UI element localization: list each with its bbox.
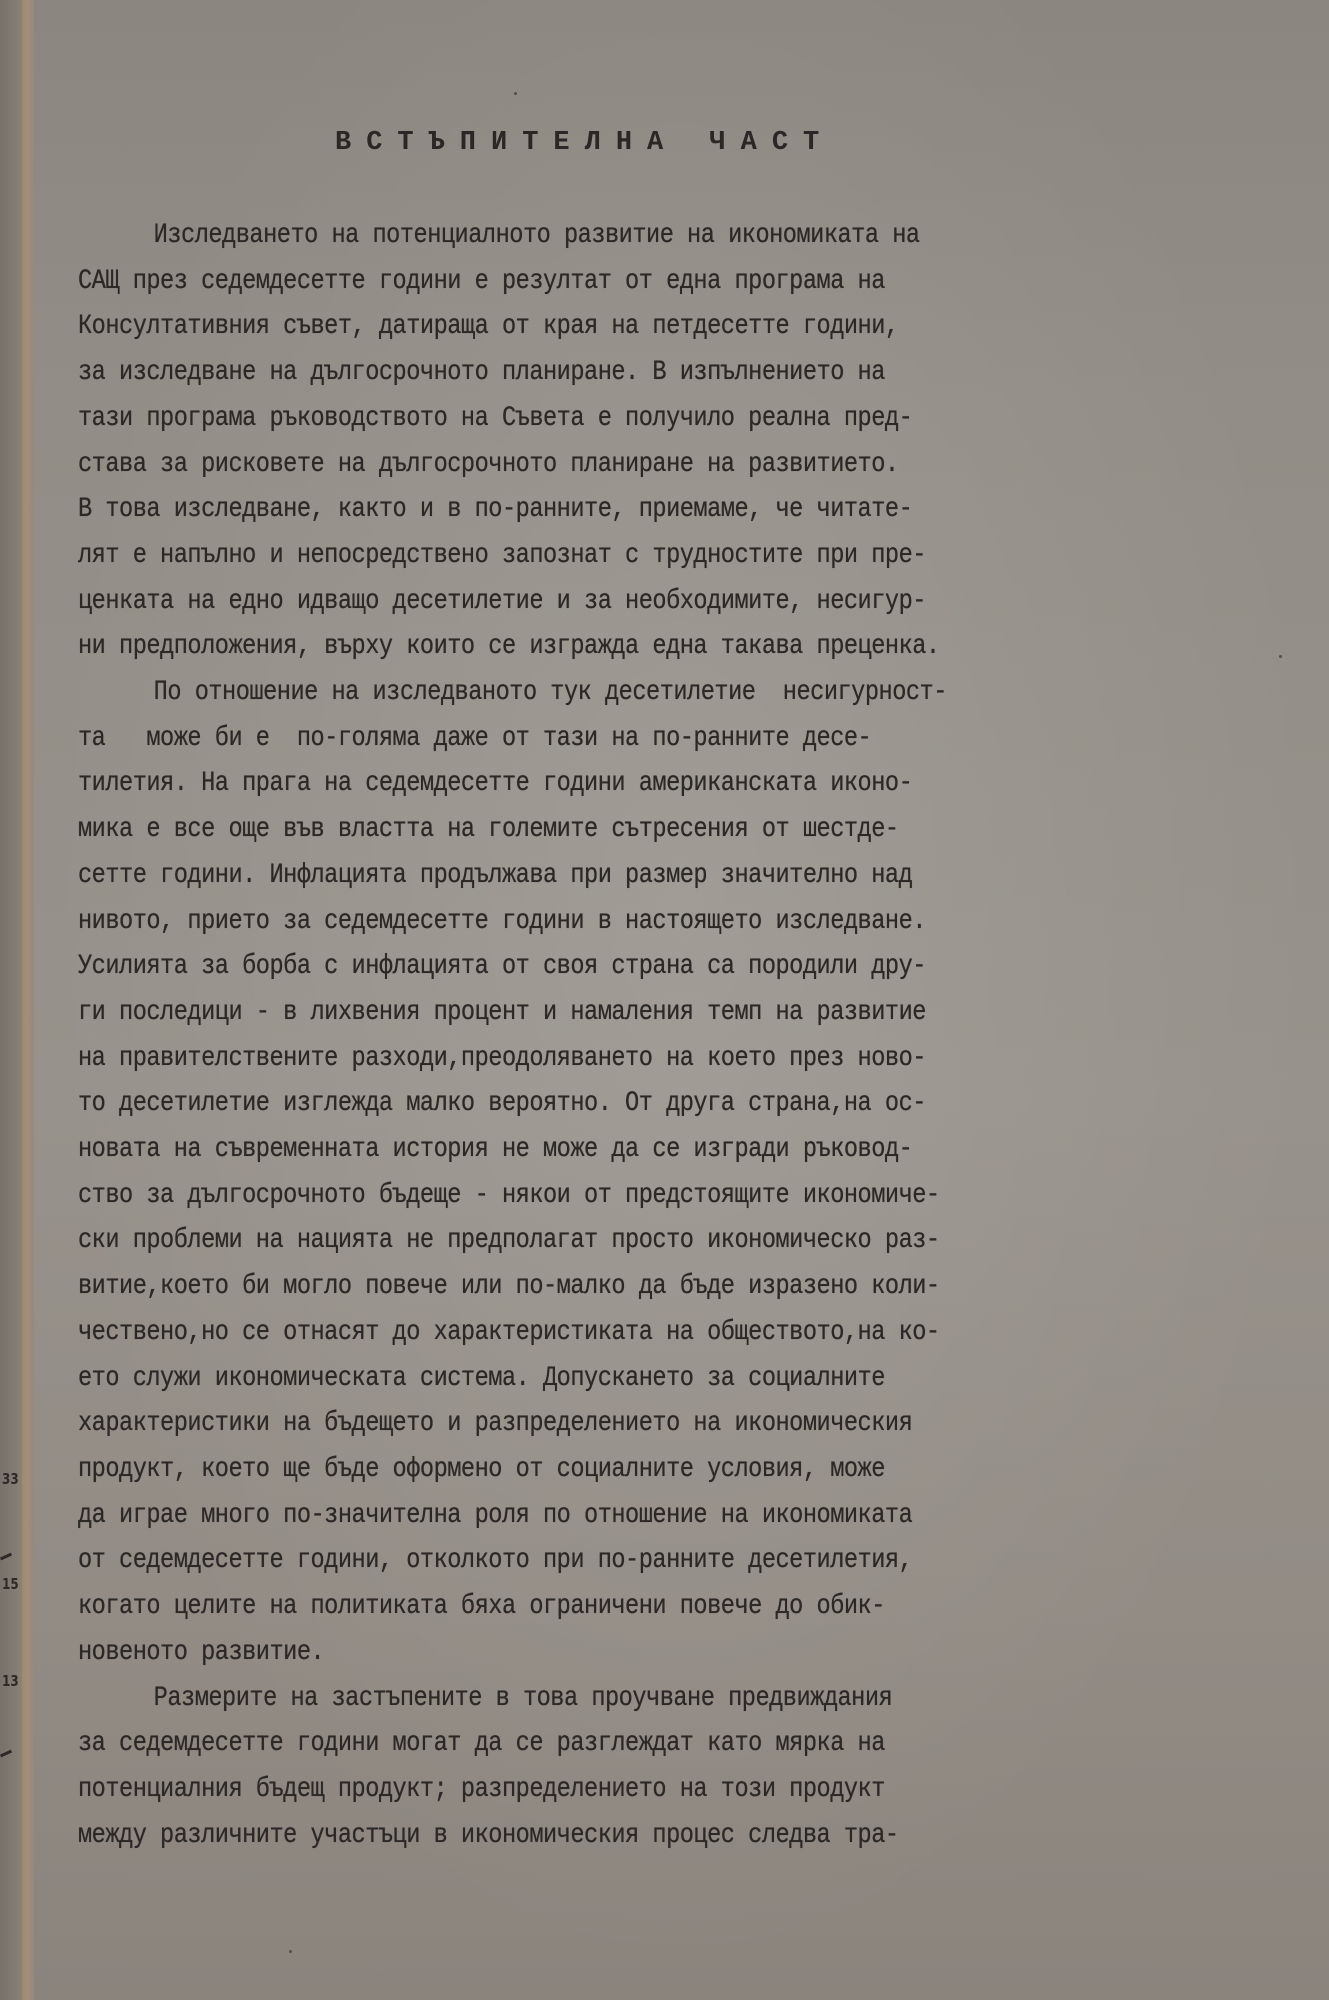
text-line: на правителствените разходи,преодоляване…: [78, 1036, 947, 1082]
document-title: ВСТЪПИТЕЛНА ЧАСТ: [335, 128, 834, 158]
text-line: чествено,но се отнасят до характеристика…: [78, 1310, 947, 1356]
text-line: мика е все още във властта на големите с…: [78, 807, 947, 853]
text-line: Усилията за борба с инфлацията от своя с…: [78, 944, 947, 990]
text-line: та може би е по-голяма даже от тази на п…: [78, 716, 947, 762]
text-line: Размерите на застъпените в това проучван…: [78, 1676, 947, 1722]
text-line: от седемдесетте години, отколкото при по…: [78, 1538, 947, 1584]
text-line: лят е напълно и непосредствено запознат …: [78, 533, 947, 579]
text-line: продукт, което ще бъде оформено от социа…: [78, 1447, 947, 1493]
margin-mark: 33: [2, 1470, 19, 1488]
text-line: новеното развитие.: [78, 1630, 947, 1676]
text-line: тилетия. На прага на седемдесетте години…: [78, 761, 947, 807]
text-line: сетте години. Инфлацията продължава при …: [78, 853, 947, 899]
text-line: ни предположения, върху които се изгражд…: [78, 624, 947, 670]
paragraph: Размерите на застъпените в това проучван…: [78, 1676, 1088, 1859]
text-line: то десетилетие изглежда малко вероятно. …: [78, 1081, 947, 1127]
paragraph: Изследването на потенциалното развитие н…: [78, 213, 1088, 670]
text-line: ски проблеми на нацията не предполагат п…: [78, 1218, 947, 1264]
margin-mark: 15: [2, 1575, 19, 1593]
text-line: когато целите на политиката бяха огранич…: [78, 1584, 947, 1630]
text-line: ги последици - в лихвения процент и нама…: [78, 990, 947, 1036]
paper-speck: [514, 92, 517, 95]
text-line: В това изследване, както и в по-ранните,…: [78, 487, 947, 533]
text-line: Консултативния съвет, датираща от края н…: [78, 304, 947, 350]
text-line: ство за дългосрочното бъдеще - някои от …: [78, 1173, 947, 1219]
paper-speck: [289, 1950, 292, 1953]
text-line: да играе много по-значителна роля по отн…: [78, 1493, 947, 1539]
text-line: Изследването на потенциалното развитие н…: [78, 213, 947, 259]
text-line: новата на съвременната история не може д…: [78, 1127, 947, 1173]
text-line: за седемдесетте години могат да се разгл…: [78, 1721, 947, 1767]
margin-mark: 13: [2, 1672, 19, 1690]
text-line: витие,което би могло повече или по-малко…: [78, 1264, 947, 1310]
text-line: става за рисковете на дългосрочното план…: [78, 442, 947, 488]
text-line: нивото, прието за седемдесетте години в …: [78, 899, 947, 945]
adjacent-page-edge: [0, 0, 22, 2000]
text-line: ценката на едно идващо десетилетие и за …: [78, 579, 947, 625]
text-line: за изследване на дългосрочното планиране…: [78, 350, 947, 396]
text-line: САЩ през седемдесетте години е резултат …: [78, 259, 947, 305]
paragraph: По отношение на изследваното тук десетил…: [78, 670, 1088, 1675]
text-line: По отношение на изследваното тук десетил…: [78, 670, 947, 716]
text-line: ето служи икономическата система. Допуск…: [78, 1356, 947, 1402]
text-line: тази програма ръководството на Съвета е …: [78, 396, 947, 442]
document-body: Изследването на потенциалното развитие н…: [78, 213, 1088, 1858]
book-gutter: [22, 0, 34, 2000]
text-line: между различните участъци в икономически…: [78, 1813, 947, 1859]
text-line: характеристики на бъдещето и разпределен…: [78, 1401, 947, 1447]
paper-speck: [1279, 655, 1282, 658]
text-line: потенциалния бъдещ продукт; разпределени…: [78, 1767, 947, 1813]
